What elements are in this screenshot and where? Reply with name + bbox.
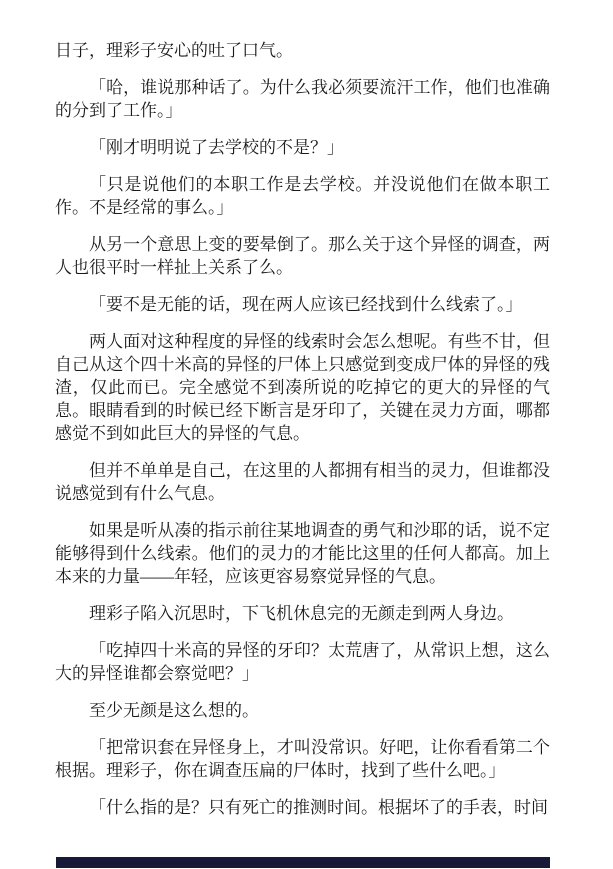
paragraph: 至少无颜是这么想的。 [55,699,550,722]
paragraph: 如果是听从凑的指示前往某地调查的勇气和沙耶的话，说不定能够得到什么线索。他们的灵… [55,519,550,588]
paragraph: 「哈，谁说那种话了。为什么我必须要流汗工作，他们也准确的分到了工作。」 [55,76,550,122]
paragraph: 从另一个意思上变的要晕倒了。那么关于这个异怪的调查，两人也很平时一样扯上关系了么… [55,233,550,279]
paragraph: 理彩子陷入沉思时，下飞机休息完的无颜走到两人身边。 [55,602,550,625]
paragraph: 日子，理彩子安心的吐了口气。 [55,39,550,62]
paragraph: 但并不单单是自己，在这里的人都拥有相当的灵力，但谁都没说感觉到有什么气息。 [55,459,550,505]
paragraph: 「要不是无能的话，现在两人应该已经找到什么线索了。」 [55,293,550,316]
paragraph: 「刚才明明说了去学校的不是？」 [55,136,550,159]
paragraph: 「把常识套在异怪身上，才叫没常识。好吧，让你看看第二个根据。理彩子，你在调查压扁… [55,736,550,782]
page-text-area: 日子，理彩子安心的吐了口气。 「哈，谁说那种话了。为什么我必须要流汗工作，他们也… [0,0,613,833]
paragraph: 两人面对这种程度的异怪的线索时会怎么想呢。有些不甘，但自己从这个四十米高的异怪的… [55,330,550,445]
paragraph: 「吃掉四十米高的异怪的牙印？太荒唐了，从常识上想，这么大的异怪谁都会察觉吧？」 [55,639,550,685]
paragraph: 「只是说他们的本职工作是去学校。并没说他们在做本职工作。不是经常的事么。」 [55,173,550,219]
bottom-progress-bar [56,857,550,868]
document-page: 日子，理彩子安心的吐了口气。 「哈，谁说那种话了。为什么我必须要流汗工作，他们也… [0,0,613,869]
paragraph: 「什么指的是？只有死亡的推测时间。根据坏了的手表，时间 [55,796,550,819]
